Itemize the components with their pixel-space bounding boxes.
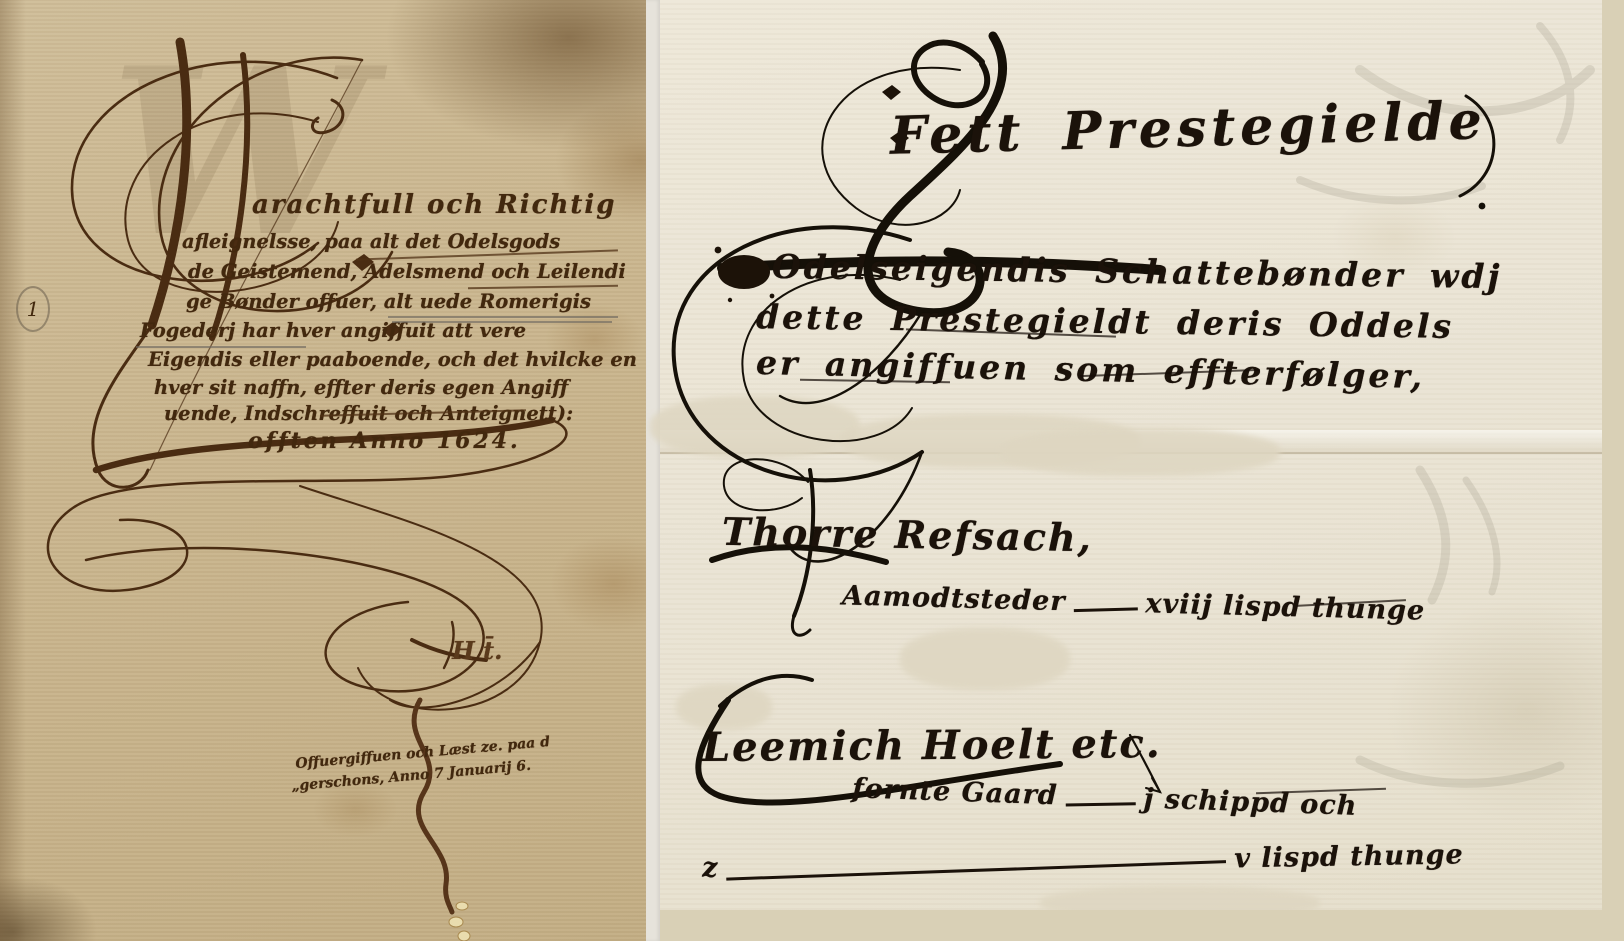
body-line: afleignelsse, paa alt det Odelsgods (182, 230, 560, 253)
body-line: de Geistemend, Adelsmend och Leilendi (188, 260, 626, 283)
graphite-underline (136, 346, 306, 348)
graphite-underline (388, 316, 618, 318)
entry-amount: v lispd thunge (1234, 839, 1464, 874)
entry-amount-row: z v lispd thunge (702, 839, 1464, 883)
folio-number-badge: 1 (16, 286, 50, 332)
page-header: Fett Prestegielde (889, 90, 1487, 167)
body-line: hver sit naffn, effter deris egen Angiff (154, 376, 568, 399)
entry-holding: Aamodtsteder (842, 580, 1066, 617)
body-line: ge Bønder offuer, alt uede Romerigis (186, 290, 591, 313)
body-line: arachtfull och Richtig (252, 190, 616, 220)
entry-amount-row: Aamodtsteder xviij lispd thunge (842, 580, 1426, 626)
scan-edge-bottom (660, 910, 1624, 941)
entry-lead-mark: z (702, 852, 719, 883)
entry-name: Thorre Refsach, (722, 509, 1094, 560)
scan-edge-right (1602, 0, 1624, 941)
intro-line: Odelseigendis Schattebønder wdj (772, 247, 1503, 296)
amount-dash (1065, 802, 1135, 806)
paper-patch (650, 396, 860, 458)
amount-dash (1073, 607, 1137, 612)
left-page: W (0, 0, 646, 941)
folio-number: 1 (27, 297, 40, 321)
amount-dash (727, 860, 1227, 880)
entry-amount-row: fornte Gaard j schippd och (852, 773, 1358, 822)
manuscript-scan: W (0, 0, 1624, 941)
body-line: Eigendis eller paaboende, och det hvilck… (148, 348, 637, 371)
annotation-mark: H t̄. (452, 636, 502, 665)
page-gutter (646, 0, 660, 941)
paper-patch (900, 628, 1070, 690)
intro-line: er angiffuen som effterfølger, (756, 343, 1426, 396)
graphite-underline (392, 321, 612, 323)
right-page: Fett Prestegielde Odelseigendis Schatteb… (660, 0, 1602, 910)
ink-underline (468, 285, 618, 290)
intro-line: dette Prestegieldt deris Oddels (756, 297, 1455, 346)
entry-name: Leemich Hoelt etc. (702, 720, 1162, 771)
marginal-note: Offuergiffuen och Læst ze. paa d „gersch… (295, 731, 553, 797)
entry-holding: fornte Gaard (852, 773, 1059, 811)
entry-amount: xviij lispd thunge (1145, 588, 1425, 626)
body-line-dated: offten Anno 1624. (248, 428, 521, 454)
paper-patch (1000, 428, 1280, 476)
entry-amount: j schippd och (1143, 783, 1358, 821)
